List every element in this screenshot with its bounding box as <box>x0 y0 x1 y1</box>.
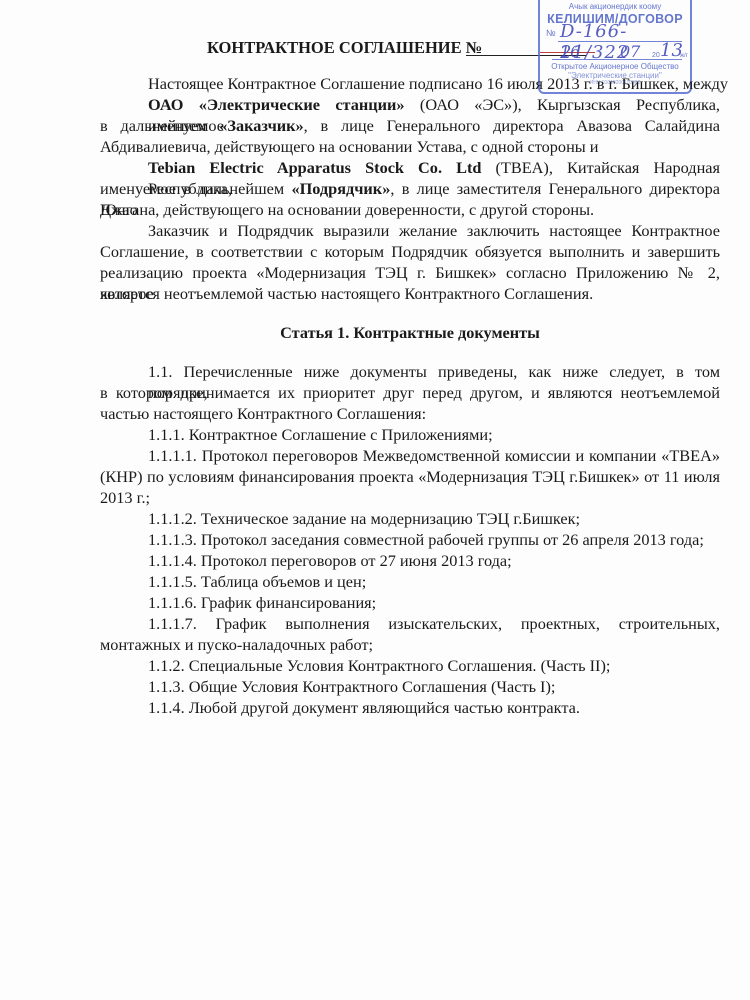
article1-item: 1.1.1. Контрактное Соглашение с Приложен… <box>148 424 720 445</box>
preamble-line: Настоящее Контрактное Соглашение подписа… <box>148 73 720 94</box>
article1-item: 1.1.1.2. Техническое задание на модерниз… <box>148 508 720 529</box>
stamp-org-ru: Открытое Акционерное Общество <box>540 62 690 71</box>
article1-item: 1.1.1.7. График выполнения изыскательски… <box>148 613 720 634</box>
preamble-line: в дальнейшем «Заказчик», в лице Генераль… <box>100 115 720 136</box>
article1-item: 1.1.1.5. Таблица объемов и цен; <box>148 571 720 592</box>
article1-item: (КНР) по условиям финансирования проекта… <box>100 466 720 487</box>
article1-item: 1.1.1.6. График финансирования; <box>148 592 720 613</box>
article1-item: 1.1.3. Общие Условия Контрактного Соглаш… <box>148 676 720 697</box>
article1-line: частью настоящего Контрактного Соглашени… <box>100 403 720 424</box>
article1-item: 2013 г.; <box>100 487 720 508</box>
stamp-org-line: Ачык акционердик коому <box>540 2 690 11</box>
preamble-line: является неотъемлемой частью настоящего … <box>100 283 720 304</box>
stamp-year-prefix: 20 <box>652 52 660 59</box>
preamble-line: Соглашение, в соответствии с которым Под… <box>100 241 720 262</box>
article1-heading: Статья 1. Контрактные документы <box>100 322 720 343</box>
preamble-line: Абдивалиевича, действующего на основании… <box>100 136 720 157</box>
party2-name: Tebian Electric Apparatus Stock Co. Ltd <box>148 158 481 177</box>
title-text: КОНТРАКТНОЕ СОГЛАШЕНИЕ № <box>207 38 482 58</box>
article1-item: 1.1.1.4. Протокол переговоров от 27 июня… <box>148 550 720 571</box>
stamp-number-prefix: № <box>546 28 556 38</box>
article1-item: 1.1.1.1. Протокол переговоров Межведомст… <box>148 445 720 466</box>
stamp-date-underline <box>552 59 682 60</box>
article1-item: 1.1.1.3. Протокол заседания совместной р… <box>148 529 720 550</box>
article1-item: 1.1.4. Любой другой документ являющийся … <box>148 697 720 718</box>
preamble-line: Юнгана, действующего на основании довере… <box>100 199 720 220</box>
party1-name: ОАО «Электрические станции» <box>148 95 405 114</box>
document-page: КОНТРАКТНОЕ СОГЛАШЕНИЕ № Ачык акционерди… <box>0 0 750 1000</box>
preamble-line: Заказчик и Подрядчик выразили желание за… <box>148 220 720 241</box>
party2-role: «Подрядчик» <box>291 179 390 198</box>
article1-item: монтажных и пуско-наладочных работ; <box>100 634 720 655</box>
article1-item: 1.1.2. Специальные Условия Контрактного … <box>148 655 720 676</box>
party1-role: «Заказчик» <box>219 116 303 135</box>
article1-line: в котором принимается их приоритет друг … <box>100 382 720 403</box>
